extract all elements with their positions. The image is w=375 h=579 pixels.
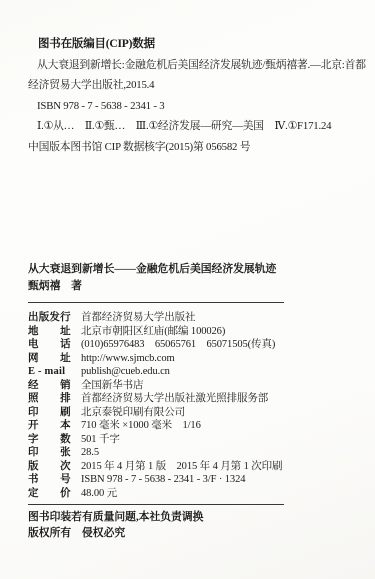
cip-header: 图书在版编目(CIP)数据 bbox=[28, 34, 367, 55]
row-label: 书 号 bbox=[28, 473, 74, 487]
table-row: 网 址http://www.sjmcb.com bbox=[28, 352, 367, 366]
book-title: 从大衰退到新增长——金融危机后美国经济发展轨迹 bbox=[28, 261, 355, 278]
row-label: 网 址 bbox=[28, 352, 74, 366]
row-label: 照 排 bbox=[28, 392, 74, 406]
row-value: 2015 年 4 月第 1 版 2015 年 4 月第 1 次印刷 bbox=[81, 460, 282, 474]
row-value: 48.00 元 bbox=[81, 487, 117, 501]
book-copyright-page: 图书在版编目(CIP)数据 从大衰退到新增长:金融危机后美国经济发展轨迹/甄炳禧… bbox=[0, 0, 375, 579]
row-value: 首都经济贸易大学出版社 bbox=[81, 311, 195, 325]
colophon-table: 出版发行首都经济贸易大学出版社 地 址北京市朝阳区红庙(邮编 100026) 电… bbox=[28, 311, 367, 500]
row-label: 出版发行 bbox=[28, 311, 74, 325]
table-row: 印 张28.5 bbox=[28, 446, 367, 460]
row-label: 地 址 bbox=[28, 325, 74, 339]
cip-classification: Ⅰ.①从… Ⅱ.①甄… Ⅲ.①经济发展—研究—美国 Ⅳ.①F171.24 bbox=[28, 116, 367, 137]
table-row: 经 销全国新华书店 bbox=[28, 379, 367, 393]
row-label: E - mail bbox=[28, 365, 74, 379]
table-row: 电 话(010)65976483 65065761 65071505(传真) bbox=[28, 338, 367, 352]
row-label: 定 价 bbox=[28, 487, 74, 501]
row-value: ISBN 978 - 7 - 5638 - 2341 - 3/F · 1324 bbox=[81, 473, 245, 487]
table-row: 书 号ISBN 978 - 7 - 5638 - 2341 - 3/F · 13… bbox=[28, 473, 367, 487]
row-value: 北京泰锐印刷有限公司 bbox=[81, 406, 185, 420]
row-value: 全国新华书店 bbox=[81, 379, 143, 393]
row-value: 北京市朝阳区红庙(邮编 100026) bbox=[81, 325, 225, 339]
row-label: 印 张 bbox=[28, 446, 74, 460]
table-row: 出版发行首都经济贸易大学出版社 bbox=[28, 311, 367, 325]
divider-top bbox=[28, 302, 284, 303]
table-row: 版 次2015 年 4 月第 1 版 2015 年 4 月第 1 次印刷 bbox=[28, 460, 367, 474]
cip-record-line2: 经济贸易大学出版社,2015.4 bbox=[28, 75, 367, 96]
row-label: 电 话 bbox=[28, 338, 74, 352]
row-label: 经 销 bbox=[28, 379, 74, 393]
title-block: 从大衰退到新增长——金融危机后美国经济发展轨迹 甄炳禧 著 bbox=[28, 261, 355, 294]
row-value: 28.5 bbox=[81, 446, 99, 460]
row-label: 开 本 bbox=[28, 419, 74, 433]
row-label: 印 刷 bbox=[28, 406, 74, 420]
cip-block: 图书在版编目(CIP)数据 从大衰退到新增长:金融危机后美国经济发展轨迹/甄炳禧… bbox=[28, 34, 367, 158]
row-value: 710 毫米 ×1000 毫米 1/16 bbox=[81, 419, 201, 433]
cip-isbn: ISBN 978 - 7 - 5638 - 2341 - 3 bbox=[28, 96, 367, 117]
row-value: (010)65976483 65065761 65071505(传真) bbox=[81, 338, 275, 352]
cip-record-line1: 从大衰退到新增长:金融危机后美国经济发展轨迹/甄炳禧著.—北京:首都 bbox=[28, 55, 367, 76]
cip-registry-number: 中国版本图书馆 CIP 数据核字(2015)第 056582 号 bbox=[28, 137, 367, 158]
notices-block: 图书印装若有质量问题,本社负责调换 版权所有 侵权必究 bbox=[28, 510, 355, 542]
row-label: 版 次 bbox=[28, 460, 74, 474]
table-row: 定 价48.00 元 bbox=[28, 487, 367, 501]
row-value: 首都经济贸易大学出版社激光照排服务部 bbox=[81, 392, 268, 406]
copyright-notice: 版权所有 侵权必究 bbox=[28, 526, 355, 542]
row-value: http://www.sjmcb.com bbox=[81, 352, 175, 366]
row-value: publish@cueb.edu.cn bbox=[81, 365, 170, 379]
table-row: E - mailpublish@cueb.edu.cn bbox=[28, 365, 367, 379]
row-value: 501 千字 bbox=[81, 433, 120, 447]
table-row: 地 址北京市朝阳区红庙(邮编 100026) bbox=[28, 325, 367, 339]
table-row: 印 刷北京泰锐印刷有限公司 bbox=[28, 406, 367, 420]
row-label: 字 数 bbox=[28, 433, 74, 447]
quality-notice: 图书印装若有质量问题,本社负责调换 bbox=[28, 510, 355, 526]
table-row: 开 本710 毫米 ×1000 毫米 1/16 bbox=[28, 419, 367, 433]
book-author: 甄炳禧 著 bbox=[28, 278, 355, 295]
table-row: 照 排首都经济贸易大学出版社激光照排服务部 bbox=[28, 392, 367, 406]
table-row: 字 数501 千字 bbox=[28, 433, 367, 447]
divider-bottom bbox=[28, 504, 284, 505]
